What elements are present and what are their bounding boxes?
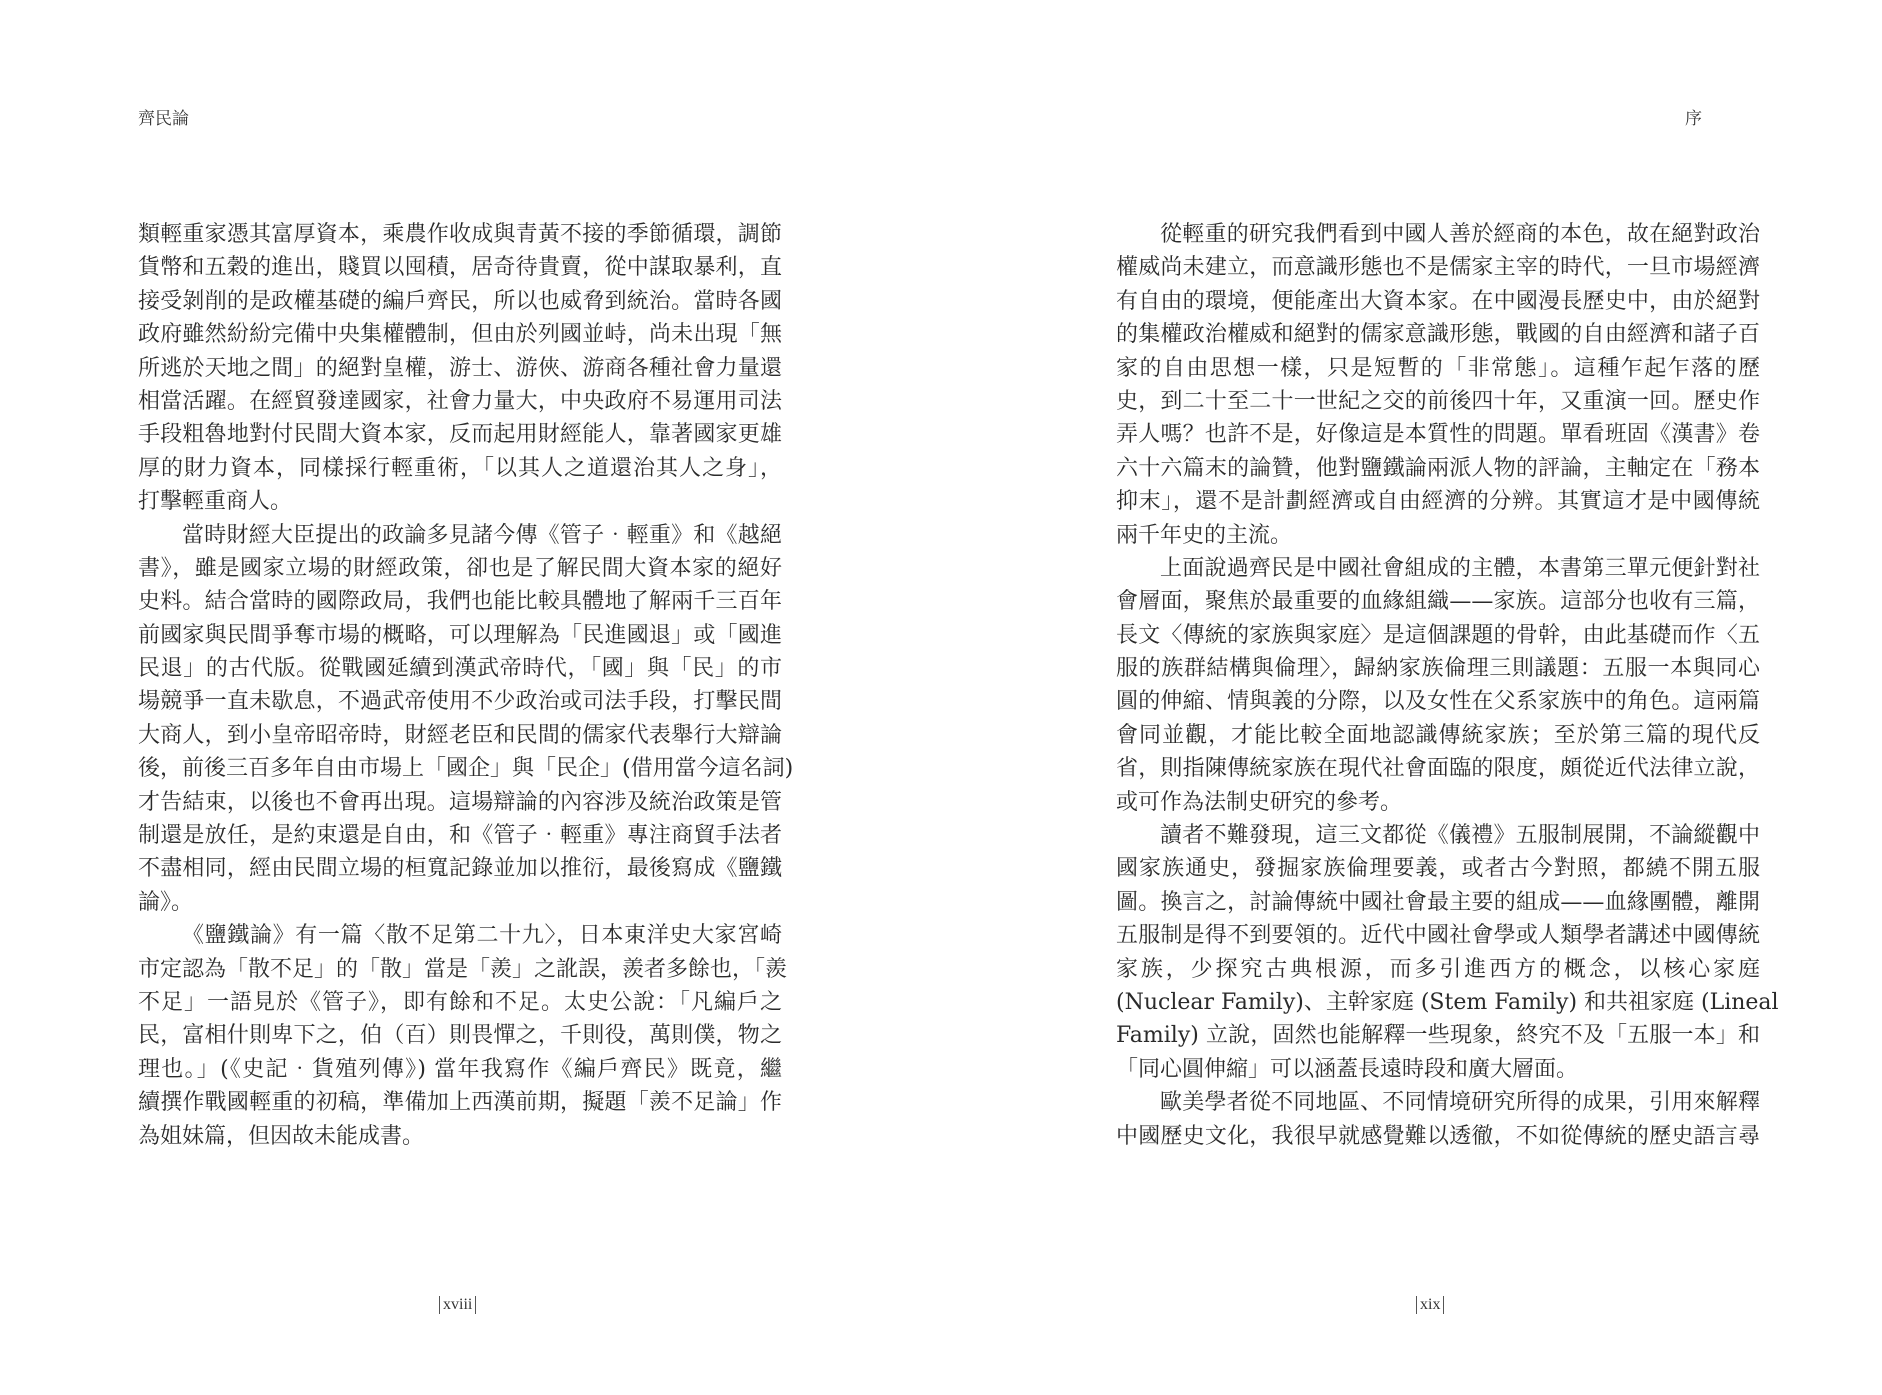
text-line: 五服制是得不到要領的。近代中國社會學或人類學者講述中國傳統 — [1116, 919, 1760, 952]
text-line: 史，到二十至二十一世紀之交的前後四十年，又重演一回。歷史作 — [1116, 385, 1760, 418]
text-line: 圖。換言之，討論傳統中國社會最主要的組成——血緣團體，離開 — [1116, 886, 1760, 919]
text-line: 接受剝削的是政權基礎的編戶齊民，所以也威脅到統治。當時各國 — [138, 285, 782, 318]
text-line: 「同心圓伸縮」可以涵蓋長遠時段和廣大層面。 — [1116, 1053, 1760, 1086]
right-page: 序 從輕重的研究我們看到中國人善於經商的本色，故在絕對政治權威尚未建立，而意識形… — [941, 0, 1882, 1395]
text-line: 史料。結合當時的國際政局，我們也能比較具體地了解兩千三百年 — [138, 585, 782, 618]
text-line: 讀者不難發現，這三文都從《儀禮》五服制展開，不論縱觀中 — [1116, 819, 1760, 852]
text-line: 兩千年史的主流。 — [1116, 519, 1760, 552]
text-line: 圓的伸縮、情與義的分際，以及女性在父系家族中的角色。這兩篇 — [1116, 685, 1760, 718]
text-line: 續撰作戰國輕重的初稿，準備加上西漢前期，擬題「羨不足論」作 — [138, 1086, 782, 1119]
text-line: 不盡相同，經由民間立場的桓寬記錄並加以推衍，最後寫成《鹽鐵 — [138, 852, 782, 885]
text-line: 當時財經大臣提出的政論多見諸今傳《管子‧輕重》和《越絕 — [138, 519, 782, 552]
text-line: 長文〈傳統的家族與家庭〉是這個課題的骨幹，由此基礎而作〈五 — [1116, 619, 1760, 652]
text-line: 有自由的環境，便能產出大資本家。在中國漫長歷史中，由於絕對 — [1116, 285, 1760, 318]
folio-bar — [475, 1296, 476, 1314]
folio-bar — [439, 1296, 440, 1314]
text-line: 手段粗魯地對付民間大資本家，反而起用財經能人，靠著國家更雄 — [138, 418, 782, 451]
page-number: xviii — [436, 1296, 479, 1314]
text-line: 家族，少探究古典根源，而多引進西方的概念，以核心家庭 — [1116, 953, 1760, 986]
text-line: 中國歷史文化，我很早就感覺難以透徹，不如從傳統的歷史語言尋 — [1116, 1120, 1760, 1153]
running-head-book-title: 齊民論 — [138, 104, 189, 129]
text-line: 所逃於天地之間」的絕對皇權，游士、游俠、游商各種社會力量還 — [138, 352, 782, 385]
text-line: 貨幣和五穀的進出，賤買以囤積，居奇待貴賣，從中謀取暴利，直 — [138, 251, 782, 284]
left-page-body: 類輕重家憑其富厚資本，乘農作收成與青黃不接的季節循環，調節貨幣和五穀的進出，賤買… — [138, 218, 782, 1153]
text-line: 政府雖然紛紛完備中央集權體制，但由於列國並峙，尚未出現「無 — [138, 318, 782, 351]
text-line: 民，富相什則卑下之，伯（百）則畏憚之，千則役，萬則僕，物之 — [138, 1019, 782, 1052]
text-line: 省，則指陳傳統家族在現代社會面臨的限度，頗從近代法律立說， — [1116, 752, 1760, 785]
text-line: 會層面，聚焦於最重要的血緣組織——家族。這部分也收有三篇， — [1116, 585, 1760, 618]
text-line: 大商人，到小皇帝昭帝時，財經老臣和民間的儒家代表舉行大辯論 — [138, 719, 782, 752]
text-line: 書》，雖是國家立場的財經政策，卻也是了解民間大資本家的絕好 — [138, 552, 782, 585]
text-line: 《鹽鐵論》有一篇〈散不足第二十九〉，日本東洋史大家宮崎 — [138, 919, 782, 952]
text-line: 理也。」(《史記‧貨殖列傳》) 當年我寫作《編戶齊民》既竟，繼 — [138, 1053, 782, 1086]
text-line: 民退」的古代版。從戰國延續到漢武帝時代，「國」與「民」的市 — [138, 652, 782, 685]
text-line: 不足」一語見於《管子》，即有餘和不足。太史公說：「凡編戶之 — [138, 986, 782, 1019]
page-number-text: xix — [1420, 1296, 1440, 1313]
text-line: 會同並觀，才能比較全面地認識傳統家族；至於第三篇的現代反 — [1116, 719, 1760, 752]
text-line: 市定認為「散不足」的「散」當是「羨」之訛誤，羨者多餘也，「羨 — [138, 953, 782, 986]
left-page: 齊民論 類輕重家憑其富厚資本，乘農作收成與青黃不接的季節循環，調節貨幣和五穀的進… — [0, 0, 941, 1395]
text-line: 前國家與民間爭奪市場的概略，可以理解為「民進國退」或「國進 — [138, 619, 782, 652]
page-number: xix — [1413, 1296, 1447, 1314]
text-line: 上面說過齊民是中國社會組成的主體，本書第三單元便針對社 — [1116, 552, 1760, 585]
folio-bar — [1443, 1296, 1444, 1314]
text-line: 制還是放任，是約束還是自由，和《管子‧輕重》專注商貿手法者 — [138, 819, 782, 852]
text-line: 家的自由思想一樣，只是短暫的「非常態」。這種乍起乍落的歷 — [1116, 352, 1760, 385]
text-line: 抑末」，還不是計劃經濟或自由經濟的分辨。其實這才是中國傳統 — [1116, 485, 1760, 518]
text-line: Family) 立說，固然也能解釋一些現象，終究不及「五服一本」和 — [1116, 1019, 1760, 1052]
text-line: (Nuclear Family)、主幹家庭 (Stem Family) 和共祖家… — [1116, 986, 1760, 1019]
text-line: 後，前後三百多年自由市場上「國企」與「民企」(借用當今這名詞) — [138, 752, 782, 785]
right-page-body: 從輕重的研究我們看到中國人善於經商的本色，故在絕對政治權威尚未建立，而意識形態也… — [1116, 218, 1760, 1153]
text-line: 弄人嗎？也許不是，好像這是本質性的問題。單看班固《漢書》卷 — [1116, 418, 1760, 451]
text-line: 歐美學者從不同地區、不同情境研究所得的成果，引用來解釋 — [1116, 1086, 1760, 1119]
text-line: 打擊輕重商人。 — [138, 485, 782, 518]
text-line: 類輕重家憑其富厚資本，乘農作收成與青黃不接的季節循環，調節 — [138, 218, 782, 251]
text-line: 相當活躍。在經貿發達國家，社會力量大，中央政府不易運用司法 — [138, 385, 782, 418]
text-line: 才告結束，以後也不會再出現。這場辯論的內容涉及統治政策是管 — [138, 786, 782, 819]
text-line: 的集權政治權威和絕對的儒家意識形態，戰國的自由經濟和諸子百 — [1116, 318, 1760, 351]
page-number-text: xviii — [443, 1296, 472, 1313]
text-line: 六十六篇末的論贊，他對鹽鐵論兩派人物的評論，主軸定在「務本 — [1116, 452, 1760, 485]
text-line: 從輕重的研究我們看到中國人善於經商的本色，故在絕對政治 — [1116, 218, 1760, 251]
text-line: 厚的財力資本，同樣採行輕重術，「以其人之道還治其人之身」， — [138, 452, 782, 485]
text-line: 場競爭一直未歇息，不過武帝使用不少政治或司法手段，打擊民間 — [138, 685, 782, 718]
running-head-section-title: 序 — [1685, 104, 1702, 129]
text-line: 權威尚未建立，而意識形態也不是儒家主宰的時代，一旦市場經濟 — [1116, 251, 1760, 284]
folio-bar — [1416, 1296, 1417, 1314]
text-line: 論》。 — [138, 886, 782, 919]
text-line: 國家族通史，發掘家族倫理要義，或者古今對照，都繞不開五服 — [1116, 852, 1760, 885]
text-line: 服的族群結構與倫理〉，歸納家族倫理三則議題：五服一本與同心 — [1116, 652, 1760, 685]
text-line: 或可作為法制史研究的參考。 — [1116, 786, 1760, 819]
text-line: 為姐妹篇，但因故未能成書。 — [138, 1120, 782, 1153]
